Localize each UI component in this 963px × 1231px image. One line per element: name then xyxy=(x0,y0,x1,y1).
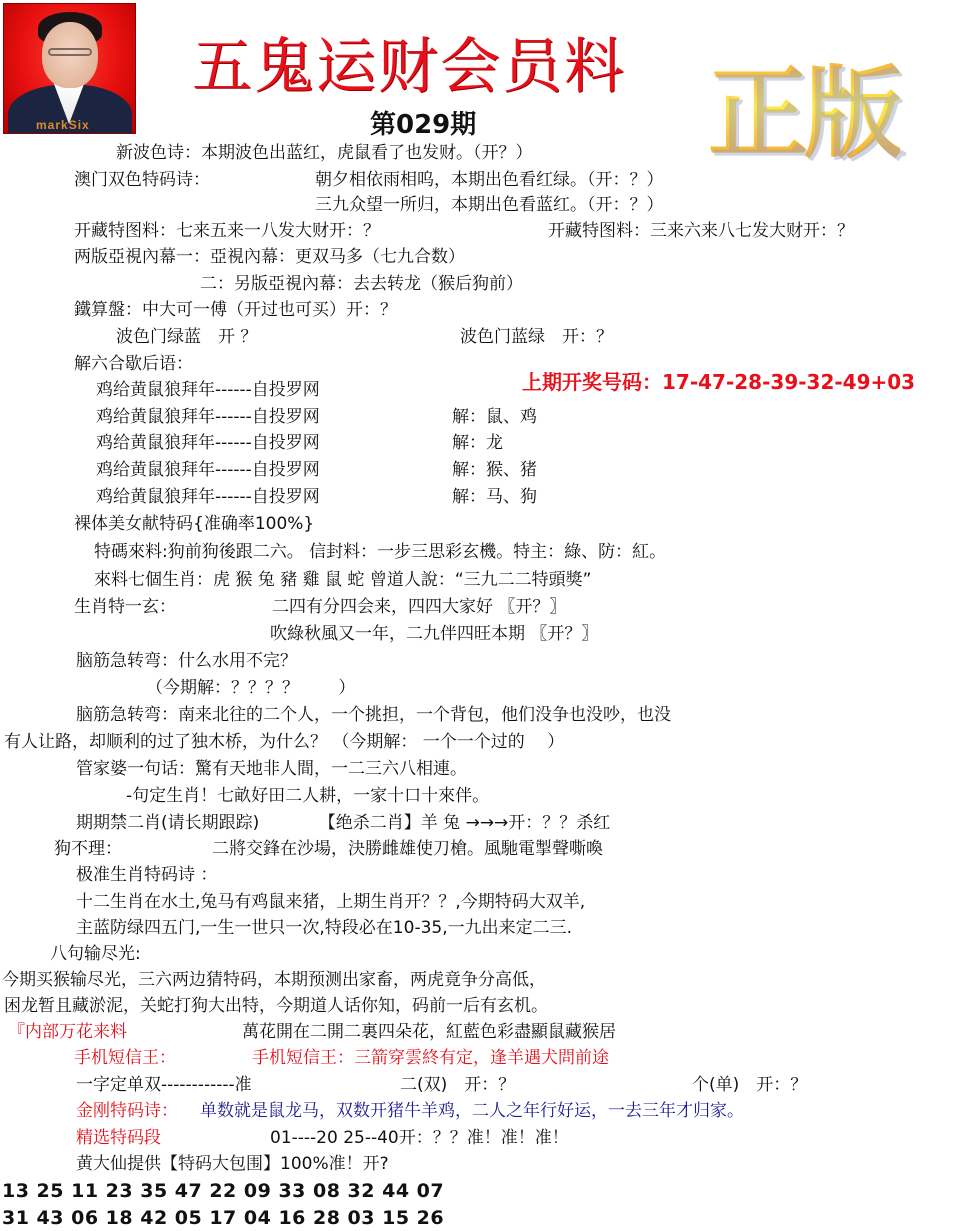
brain-teaser-1-answer: （今期解：？？？？ ） xyxy=(146,677,355,699)
number-row: 31 43 06 18 42 05 17 04 16 28 03 15 26 xyxy=(2,1207,444,1229)
single-double-even: 二(双) 开：？ xyxy=(400,1074,515,1096)
riddle-answer: 解：猴、猪 xyxy=(452,459,537,481)
brain-teaser-2-line-2: 有人让路，却顺利的过了独木桥，为什么？ （今期解： 一个一个过的 ） xyxy=(4,731,564,753)
brain-teaser-1: 脑筋急转弯：什么水用不完？ xyxy=(76,650,297,672)
selected-range-label: 精选特码段 xyxy=(76,1127,161,1149)
riddle-answer: 解：龙 xyxy=(452,432,503,454)
banned-zodiacs: 期期禁二肖(请长期跟踪) 【绝杀二肖】羊 兔 →→→开：？？杀红 xyxy=(76,812,610,834)
dog-ignore-label: 狗不理： xyxy=(54,838,122,860)
dog-ignore-text: 二將交鋒在沙場，決勝雌雄使刀槍。風馳電掣聲嘶喚 xyxy=(212,838,603,860)
brain-teaser-2-line-1: 脑筋急转弯：南来北往的二个人，一个挑担，一个背包，他们没争也没吵，也没 xyxy=(76,704,671,726)
sms-king-label: 手机短信王： xyxy=(74,1047,176,1069)
special-code-source: 特碼來料:狗前狗後跟二六。 信封料：一步三思彩玄機。特主：綠、防：紅。 xyxy=(94,541,666,563)
housekeeper-quote: 管家婆一句话：驚有天地非人間，一二三六八相連。 xyxy=(76,758,467,780)
zodiac-mystery-line-2: 吹綠秋風又一年，二九伴四旺本期 〖开？〗 xyxy=(270,623,598,645)
issue-number: 第029期 xyxy=(370,104,476,141)
kaicang-chart-2: 开藏特图料：三来六来八七发大财开：？ xyxy=(548,220,854,242)
one-sentence-zodiac: -句定生肖！七畝好田二人耕，一家十口十來伴。 xyxy=(126,785,489,807)
kaicang-chart-1: 开藏特图料：七来五来一八发大财开：？ xyxy=(74,220,380,242)
zodiac-mystery-line-1: 二四有分四会来，四四大家好 〖开？〗 xyxy=(272,596,566,618)
diamond-poem-text: 单数就是鼠龙马，双数开猪牛羊鸡，二人之年行好运，一去三年才归家。 xyxy=(200,1100,744,1122)
eight-lines-label: 八句输尽光: xyxy=(50,943,141,965)
asia-tv-inside-2: 二：另版亞視內幕：去去转龙（猴后狗前） xyxy=(200,273,523,295)
genuine-badge: 正版 xyxy=(708,58,900,168)
riddle-answer: 解：鼠、鸡 xyxy=(452,406,537,428)
last-draw-result: 上期开奖号码：17-47-28-39-32-49+03 xyxy=(522,366,915,395)
riddle-answer: 解：马、狗 xyxy=(452,486,537,508)
riddle-row: 鸡给黄鼠狼拜年------自投罗网 xyxy=(96,459,320,481)
asia-tv-inside-1: 两版亞視內幕一：亞視內幕：更双马多（七九合数） xyxy=(74,246,465,268)
riddle-row: 鸡给黄鼠狼拜年------自投罗网 xyxy=(96,406,320,428)
accurate-poem-line-2: 主蓝防绿四五门,一生一世只一次,特段必在10-35,一九出来定二三. xyxy=(76,917,572,939)
zodiac-mystery-label: 生肖特一玄： xyxy=(74,596,176,618)
eight-lines-1: 今期买猴输尽光，三六两边猜特码，本期预测出家畜，两虎竟争分高低， xyxy=(2,969,546,991)
sms-king-text: 手机短信王：三箭穿雲終有定，逢羊遇犬問前途 xyxy=(252,1047,609,1069)
selected-range-text: 01----20 25--40开：？？准！准！准！ xyxy=(270,1127,569,1149)
last-draw-label: 上期开奖号码： xyxy=(522,370,662,394)
diamond-poem-label: 金刚特码诗： xyxy=(76,1100,178,1122)
wanhua-text: 萬花開在二開二裏四朵花，紅藍色彩盡顯鼠藏猴居 xyxy=(242,1021,616,1043)
accurate-poem-line-1: 十二生肖在水土,兔马有鸡鼠来猪，上期生肖开？？,今期特码大双羊, xyxy=(76,891,585,913)
macau-poem-line-1: 朝夕相依雨相呜，本期出色看红绿。（开：？） xyxy=(315,169,664,191)
portrait-photo: markSix xyxy=(3,3,136,134)
riddle-row: 鸡给黄鼠狼拜年------自投罗网 xyxy=(96,379,320,401)
riddle-heading: 解六合歇后语： xyxy=(74,353,193,375)
eight-lines-2: 困龙暂且藏淤泥，关蛇打狗大出特，今期道人话你知，码前一后有玄机。 xyxy=(4,995,548,1017)
wave-green-blue: 波色门绿蓝 开 ？ xyxy=(116,326,257,348)
new-wave-poem: 新波色诗：本期波色出蓝红，虎鼠看了也发财。（开？） xyxy=(116,142,533,164)
macau-poem-label: 澳门双色特码诗： xyxy=(74,169,210,191)
single-double-label: 一字定单双------------准 xyxy=(76,1074,252,1096)
last-draw-numbers: 17-47-28-39-32-49+03 xyxy=(662,370,915,394)
portrait-glasses xyxy=(48,48,92,56)
macau-poem-line-2: 三九众望一所归，本期出色看蓝红。（开：？） xyxy=(315,194,664,216)
riddle-row: 鸡给黄鼠狼拜年------自投罗网 xyxy=(96,486,320,508)
riddle-row: 鸡给黄鼠狼拜年------自投罗网 xyxy=(96,432,320,454)
accurate-poem-label: 极准生肖特码诗 ： xyxy=(76,864,217,886)
wanhua-label: 『内部万花来料 xyxy=(8,1021,127,1043)
seven-zodiacs: 來料七個生肖：虎 猴 兔 豬 雞 鼠 蛇 曾道人說：“三九二二特頭獎” xyxy=(94,569,591,591)
wong-tai-sin-heading: 黄大仙提供【特码大包围】100%准！开? xyxy=(76,1153,389,1175)
nude-special-code: 裸体美女献特码{准确率100%} xyxy=(74,513,314,535)
portrait-caption: markSix xyxy=(36,118,90,132)
number-row: 13 25 11 23 35 47 22 09 33 08 32 44 07 xyxy=(2,1180,444,1202)
page-title: 五鬼运财会员料 xyxy=(192,34,626,100)
wave-blue-green: 波色门蓝绿 开：？ xyxy=(460,326,613,348)
single-double-odd: 个(单) 开：？ xyxy=(692,1074,807,1096)
iron-abacus: 鐵算盤：中大可一傅（开过也可买）开：？ xyxy=(74,299,397,321)
